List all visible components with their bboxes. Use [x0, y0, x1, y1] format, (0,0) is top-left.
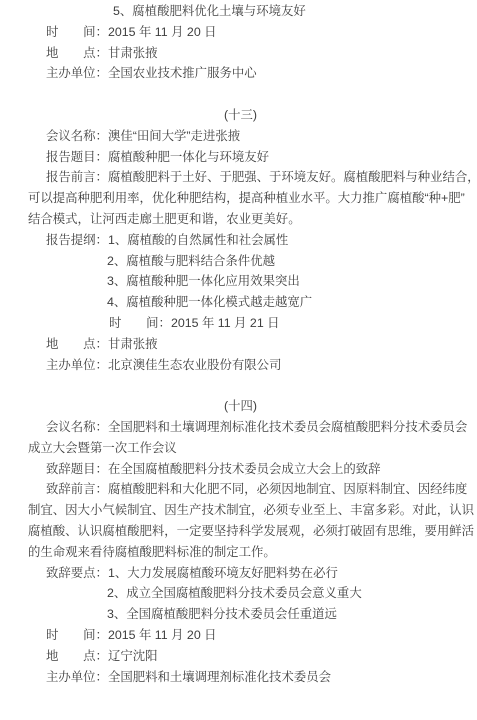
section-heading-13: (十三): [28, 105, 463, 126]
field-organizer-section13: 主办单位：北京澳佳生态农业股份有限公司: [28, 355, 463, 376]
field-location-section12: 地 点：甘肃张掖: [28, 43, 463, 64]
document-page: 5、腐植酸肥料优化土壤与环境友好 时 间：2015 年 11 月 20 日 地 …: [0, 0, 477, 720]
outline-item-5: 5、腐植酸肥料优化土壤与环境友好: [28, 1, 463, 22]
speech-points-item-1: 致辞要点：1、大力发展腐植酸环境友好肥料势在必行: [28, 563, 463, 584]
section-heading-14: (十四): [28, 396, 463, 417]
field-report-title-section13: 报告题目：腐植酸种肥一体化与环境友好: [28, 147, 463, 168]
speech-points-item-3: 3、全国腐植酸肥料分技术委员会任重道远: [28, 604, 463, 625]
field-time-section12: 时 间：2015 年 11 月 20 日: [28, 22, 463, 43]
report-outline-item-2: 2、腐植酸与肥料结合条件优越: [28, 251, 463, 272]
field-conference-name-section14-line2: 成立大会暨第一次工作会议: [28, 438, 463, 459]
report-outline-item-1: 报告提纲：1、腐植酸的自然属性和社会属性: [28, 230, 463, 251]
report-outline-item-3: 3、腐植酸种肥一体化应用效果突出: [28, 271, 463, 292]
speech-preface-line4: 的生命观来看待腐植酸肥料标准的制定工作。: [28, 542, 463, 563]
report-preface-line2: 可以提高种肥利用率，优化种肥结构，提高种植业水平。大力推广腐植酸“种+肥”: [28, 188, 463, 209]
field-organizer-section14: 主办单位：全国肥料和土壤调理剂标准化技术委员会: [28, 667, 463, 688]
speech-preface-line1: 致辞前言：腐植酸肥料和大化肥不同，必须因地制宜、因原料制宜、因经纬度: [28, 479, 463, 500]
report-preface-line3: 结合模式，让河西走廊土肥更和谐，农业更美好。: [28, 209, 463, 230]
field-conference-name-section13: 会议名称：澳佳“田间大学”走进张掖: [28, 126, 463, 147]
field-time-section13: 时 间：2015 年 11 月 21 日: [28, 313, 463, 334]
speech-points-item-2: 2、成立全国腐植酸肥料分技术委员会意义重大: [28, 583, 463, 604]
field-organizer-section12: 主办单位：全国农业技术推广服务中心: [28, 63, 463, 84]
field-speech-title-section14: 致辞题目：在全国腐植酸肥料分技术委员会成立大会上的致辞: [28, 459, 463, 480]
field-conference-name-section14-line1: 会议名称：全国肥料和土壤调理剂标准化技术委员会腐植酸肥料分技术委员会: [28, 417, 463, 438]
field-time-section14: 时 间：2015 年 11 月 20 日: [28, 625, 463, 646]
blank-line: [28, 375, 463, 396]
blank-line: [28, 84, 463, 105]
speech-preface-line3: 腐植酸、认识腐植酸肥料，一定要坚持科学发展观，必须打破固有思维，要用鲜活: [28, 521, 463, 542]
speech-preface-line2: 制宜、因大小气候制宜、因生产技术制宜，必须专业至上、丰富多彩。对此，认识: [28, 500, 463, 521]
field-location-section13: 地 点：甘肃张掖: [28, 334, 463, 355]
report-preface-line1: 报告前言：腐植酸肥料于土好、于肥强、于环境友好。腐植酸肥料与种业结合，: [28, 167, 463, 188]
field-location-section14: 地 点：辽宁沈阳: [28, 646, 463, 667]
report-outline-item-4: 4、腐植酸种肥一体化模式越走越宽广: [28, 292, 463, 313]
